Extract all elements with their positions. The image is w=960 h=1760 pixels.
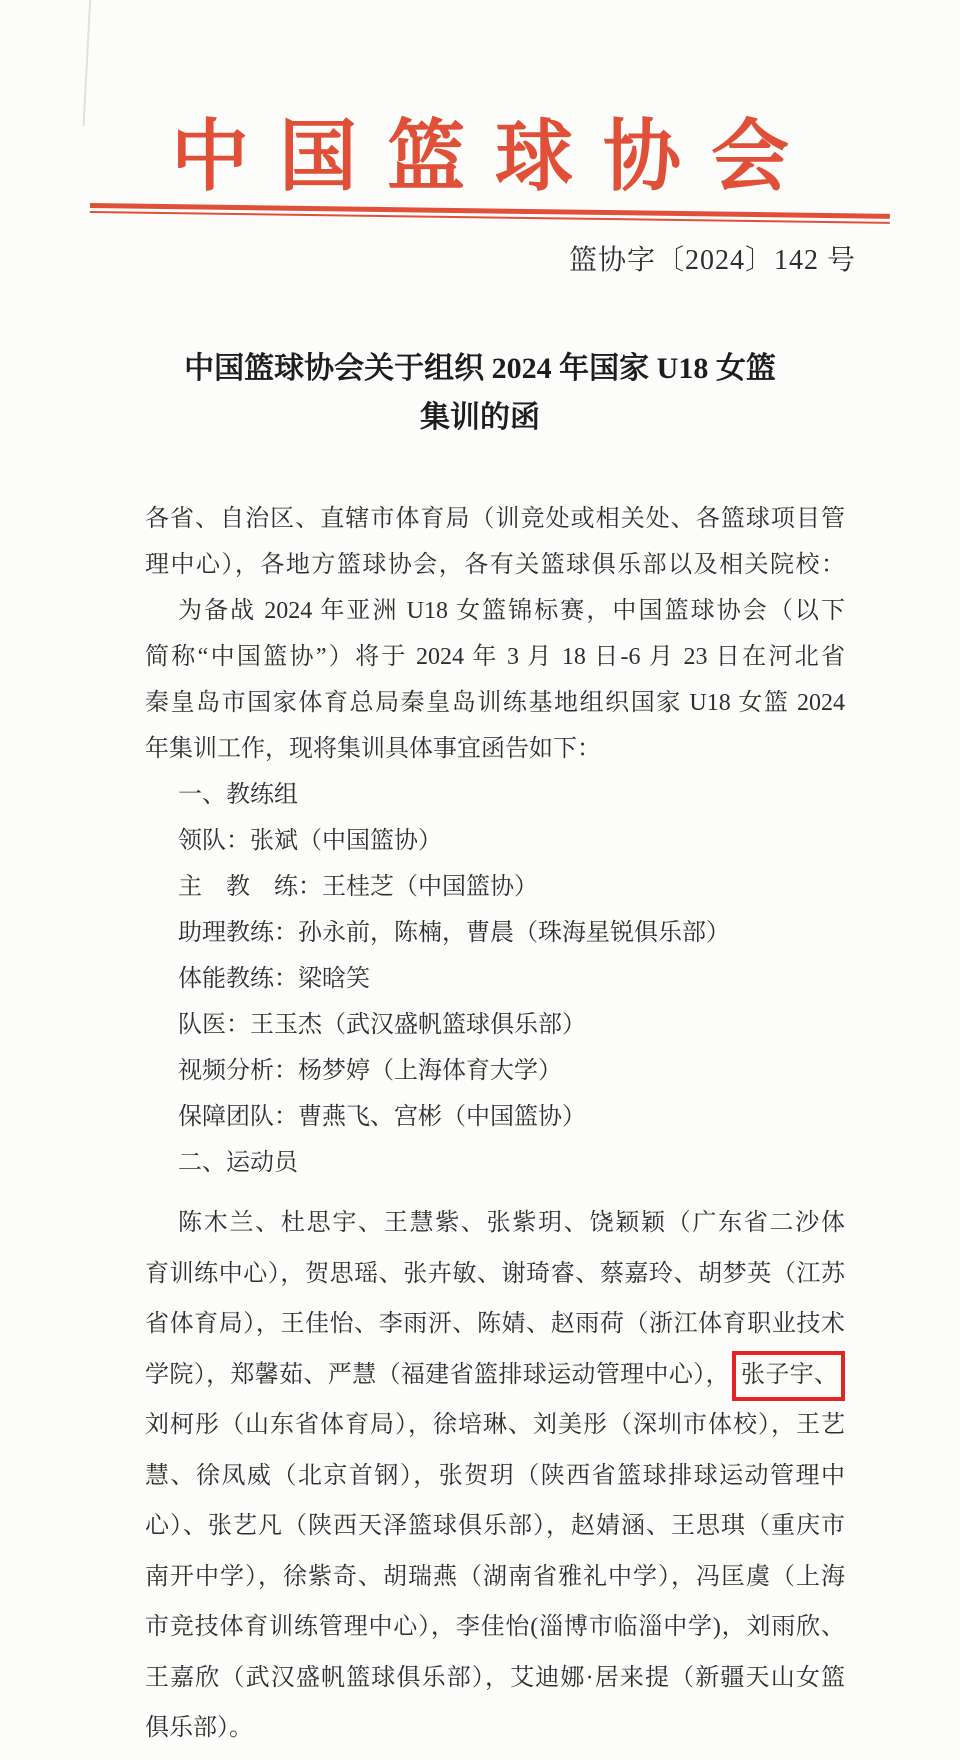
highlight-box: 张子宇、 bbox=[732, 1351, 845, 1401]
body-line: 年集训工作，现将集训具体事宜函告如下： bbox=[145, 726, 845, 772]
body-line: 省体育局），王佳怡、李雨汧、陈婧、赵雨荷（浙江体育职业技术 bbox=[145, 1299, 845, 1350]
body-line: 领队：张斌（中国篮协） bbox=[145, 818, 845, 864]
body-line: 助理教练：孙永前，陈楠，曹晨（珠海星锐俱乐部） bbox=[145, 910, 845, 956]
body-line: 市竞技体育训练管理中心），李佳怡(淄博市临淄中学)，刘雨欣、 bbox=[145, 1602, 845, 1653]
body-line: 王嘉欣（武汉盛帆篮球俱乐部），艾迪娜·居来提（新疆天山女篮 bbox=[145, 1653, 845, 1704]
body-line: 学院），郑馨茹、严慧（福建省篮排球运动管理中心），张子宇、 bbox=[145, 1350, 845, 1401]
intro-section: 各省、自治区、直辖市体育局（训竞处或相关处、各篮球项目管理中心），各地方篮球协会… bbox=[145, 496, 845, 1186]
body-line: 各省、自治区、直辖市体育局（训竞处或相关处、各篮球项目管 bbox=[145, 496, 845, 542]
body-line: 简称“中国篮协”）将于 2024 年 3 月 18 日-6 月 23 日在河北省 bbox=[145, 634, 845, 680]
org-name-header: 中国篮球协会 bbox=[0, 94, 960, 206]
body-line: 俱乐部）。 bbox=[145, 1703, 845, 1754]
body-line: 主 教 练：王桂芝（中国篮协） bbox=[145, 864, 845, 910]
body-line: 刘柯彤（山东省体育局），徐培琳、刘美彤（深圳市体校），王艺 bbox=[145, 1400, 845, 1451]
body-line: 队医：王玉杰（武汉盛帆篮球俱乐部） bbox=[145, 1002, 845, 1048]
document-page: 中国篮球协会 篮协字〔2024〕142 号 中国篮球协会关于组织 2024 年国… bbox=[0, 0, 960, 1760]
body-line: 一、教练组 bbox=[145, 772, 845, 818]
body-line: 秦皇岛市国家体育总局秦皇岛训练基地组织国家 U18 女篮 2024 bbox=[145, 680, 845, 726]
body-line: 体能教练：梁晗笑 bbox=[145, 956, 845, 1002]
body-line: 慧、徐凤威（北京首钢），张贺玥（陕西省篮球排球运动管理中 bbox=[145, 1451, 845, 1502]
roster-section: 陈木兰、杜思宇、王慧紫、张紫玥、饶颖颖（广东省二沙体育训练中心），贺思瑶、张卉敏… bbox=[145, 1198, 845, 1754]
org-name-text: 中国篮球协会 bbox=[171, 113, 819, 200]
body-line: 心）、张艺凡（陕西天泽篮球俱乐部），赵婧涵、王思琪（重庆市 bbox=[145, 1501, 845, 1552]
doc-title-line2: 集训的函 bbox=[0, 393, 960, 442]
body-text: 学院），郑馨茹、严慧（福建省篮排球运动管理中心）， bbox=[145, 1362, 730, 1388]
doc-title-line1: 中国篮球协会关于组织 2024 年国家 U18 女篮 bbox=[0, 344, 960, 393]
body-line: 育训练中心），贺思瑶、张卉敏、谢琦睿、蔡嘉玲、胡梦英（江苏 bbox=[145, 1249, 845, 1300]
header-divider bbox=[90, 203, 890, 224]
body-line: 为备战 2024 年亚洲 U18 女篮锦标赛，中国篮球协会（以下 bbox=[145, 588, 845, 634]
body-line: 南开中学），徐紫奇、胡瑞燕（湖南省雅礼中学），冯匡虞（上海 bbox=[145, 1552, 845, 1603]
body-line: 二、运动员 bbox=[145, 1140, 845, 1186]
body-line: 保障团队：曹燕飞、宫彬（中国篮协） bbox=[145, 1094, 845, 1140]
body-line: 视频分析：杨梦婷（上海体育大学） bbox=[145, 1048, 845, 1094]
doc-number: 篮协字〔2024〕142 号 bbox=[569, 238, 856, 278]
body-line: 陈木兰、杜思宇、王慧紫、张紫玥、饶颖颖（广东省二沙体 bbox=[145, 1198, 845, 1249]
doc-title: 中国篮球协会关于组织 2024 年国家 U18 女篮 集训的函 bbox=[0, 344, 960, 442]
body-line: 理中心），各地方篮球协会，各有关篮球俱乐部以及相关院校： bbox=[145, 542, 845, 588]
